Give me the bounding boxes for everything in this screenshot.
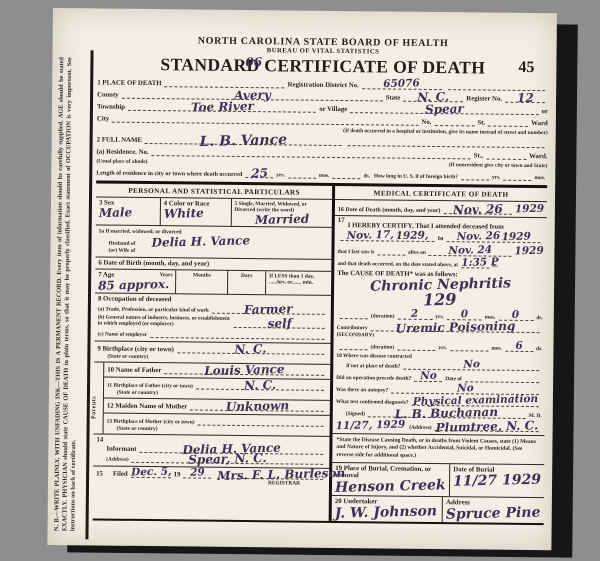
burial-date-cell: Date of Burial 11/27 1929 bbox=[449, 465, 544, 498]
birthplace-row: 9 Birthplace (city or town) N. C. (State… bbox=[94, 340, 330, 364]
filed-year-prefix: 19 bbox=[174, 471, 181, 478]
dotted-line bbox=[504, 172, 532, 181]
dotted-line bbox=[465, 373, 539, 383]
duration-ds-label: ds. bbox=[536, 315, 543, 321]
dotted-line bbox=[197, 416, 323, 426]
attended-from-field: Nov. 17, 1929, bbox=[341, 232, 435, 242]
last-saw-value: Nov. 24 bbox=[448, 244, 492, 256]
death-time-field: 1:35 P bbox=[461, 259, 489, 268]
spouse-row: 5a If married, widowed, or divorced Husb… bbox=[95, 224, 331, 258]
registrar-field: Mrs. F. L. Burleson bbox=[217, 469, 323, 479]
filed-row: 15 Filed Dec. 5, 19 29 Mrs. F. L. Burles… bbox=[93, 465, 329, 489]
dotted-line bbox=[397, 341, 435, 350]
dob-label: 6 Date of Birth (month, day, and year) bbox=[98, 259, 209, 267]
abode-note: (Usual place of abode) bbox=[96, 158, 147, 165]
sex-race-marital-row: 3 Sex Male 4 Color or Race White 5 Singl… bbox=[96, 196, 332, 226]
operation-line: Did an operation precede death? No Date … bbox=[336, 371, 542, 382]
undertaker-cell: 20 Undertaker J. W. Johnson bbox=[332, 496, 443, 522]
township-value: Toe River bbox=[191, 100, 254, 114]
where-contracted-label2: if not at place of death? bbox=[346, 363, 400, 370]
length-label: Length of residence in city or town wher… bbox=[96, 170, 242, 178]
attended-from-year: 1929, bbox=[396, 230, 429, 241]
dotted-line bbox=[488, 118, 528, 127]
last-saw-year: 1929 bbox=[514, 246, 543, 257]
sex-cell: 3 Sex Male bbox=[96, 197, 160, 225]
age-less-label: If LESS than 1 day, ......hrs. or.......… bbox=[269, 273, 328, 286]
dotted-line bbox=[348, 137, 545, 148]
date-of-label: Date of bbox=[445, 376, 462, 382]
informant-address-value: Spear, N. C. bbox=[188, 452, 267, 466]
state-label: State bbox=[386, 94, 401, 101]
signed-label: (Signed) bbox=[346, 411, 365, 417]
dotted-line bbox=[448, 81, 546, 91]
dotted-line bbox=[340, 310, 368, 319]
occupation-a-label: (a) Trade, Profession, or particular kin… bbox=[98, 306, 209, 313]
burial-place-cell: 19 Place of Burial, Cremation, or remova… bbox=[332, 463, 449, 496]
yrs2-label: yrs. bbox=[492, 175, 501, 181]
test-label: What test confirmed diagnosis? bbox=[336, 398, 409, 405]
father-value: Louis Vance bbox=[204, 363, 285, 377]
operation-value: No bbox=[420, 370, 437, 381]
occupation-b-label: (b) General nature of industry, business… bbox=[98, 314, 232, 327]
mother-field: Unknown bbox=[190, 401, 324, 411]
marital-cell: 5 Single, Married, Widowed, or Divorced … bbox=[230, 199, 332, 227]
marital-value: Married bbox=[234, 212, 329, 226]
father-label: 10 Name of Father bbox=[107, 367, 161, 375]
dotted-line bbox=[486, 151, 526, 160]
spacer bbox=[100, 122, 341, 134]
mother-birthplace-sub-label: (State or country) bbox=[117, 425, 158, 431]
place-of-death-row: 1 PLACE OF DEATH Registration District N… bbox=[97, 77, 548, 91]
occupation-row: 8 Occupation of deceased (a) Trade, Prof… bbox=[95, 292, 332, 342]
sign-address-field: Plumtree, N. C. bbox=[435, 422, 539, 432]
informant-row: 14 Informant Delia H. Vance (Address) Sp… bbox=[93, 433, 329, 467]
father-field: Louis Vance bbox=[164, 365, 324, 376]
informant-address-field: Spear, N. C. bbox=[132, 454, 324, 465]
operation-field: No bbox=[414, 372, 442, 381]
where-contracted-label: 18 Where was disease contracted bbox=[336, 352, 412, 359]
dotted-line bbox=[461, 171, 489, 180]
date-of-death-label: 16 Date of Death (month, day, and year) bbox=[338, 206, 441, 213]
last-saw-line: that I last saw h alive on Nov. 24 1929 bbox=[337, 244, 543, 257]
mother-value: Unknown bbox=[225, 399, 289, 413]
filed-label: Filed bbox=[113, 470, 128, 477]
duration-yrs-label: yrs. bbox=[435, 314, 444, 320]
attended-to-year: 1929 bbox=[501, 232, 530, 243]
occupation-c-label: (c) Name of employer bbox=[98, 331, 148, 338]
filed-date-field: Dec. 5, bbox=[131, 468, 171, 477]
sex-value: Male bbox=[99, 206, 133, 219]
father-birthplace-row: 11 Birthplace of Father (city or town) N… bbox=[104, 376, 330, 400]
occupation-c-line: (c) Name of employer bbox=[98, 328, 328, 339]
age-value: 85 approx. bbox=[98, 278, 169, 292]
parents-block: Parents 10 Name of Father Louis Vance bbox=[94, 361, 331, 435]
ward-label: Ward bbox=[531, 120, 548, 127]
date-of-death-field: Nov. 26 bbox=[443, 205, 511, 215]
occupation-b-value: self bbox=[267, 317, 291, 330]
duration-years-field: 2 bbox=[397, 310, 432, 319]
death-time-value: 1:35 P bbox=[461, 257, 499, 268]
where-contracted-line2: if not at place of death? No bbox=[336, 359, 542, 370]
age-days-label: Days bbox=[231, 273, 262, 279]
spouse-value: Delia H. Vance bbox=[151, 234, 250, 248]
date-of-death-year: 1929 bbox=[515, 204, 544, 215]
registration-district-value: 65076 bbox=[383, 78, 420, 89]
no-label: No. bbox=[421, 119, 431, 126]
residence-st-label: St., bbox=[474, 152, 484, 159]
cause-code-line: 129 bbox=[337, 290, 543, 308]
dotted-line bbox=[450, 342, 488, 351]
sign-date-line: 11/27, 1929 (Address) Plumtree, N. C. bbox=[336, 419, 542, 432]
duration-months-field: 0 bbox=[447, 311, 482, 320]
dotted-line bbox=[332, 170, 360, 179]
duration2-yrs-label: yrs. bbox=[438, 345, 447, 351]
spouse-husband-label: Husband of bbox=[109, 241, 136, 247]
duration-years-value: 2 bbox=[411, 308, 419, 319]
date-of-death-value: Nov. 26 bbox=[453, 202, 503, 215]
birthplace-field: N. C. bbox=[177, 344, 325, 355]
ds-label: ds. bbox=[363, 173, 370, 179]
filed-year-field: 29 bbox=[183, 469, 211, 478]
spacer bbox=[150, 156, 446, 168]
undertaker-row: 20 Undertaker J. W. Johnson Address Spru… bbox=[332, 495, 544, 523]
father-line: 10 Name of Father Louis Vance bbox=[107, 365, 327, 376]
nonresident-note: (If nonresident give city or town and St… bbox=[449, 162, 548, 169]
undertaker-address-value: Spruce Pine bbox=[446, 506, 541, 522]
signed-field: L. B. Buchanan bbox=[368, 408, 526, 419]
county-row: County Avery State N. C. Register No. 12 bbox=[97, 89, 548, 103]
dotted-line bbox=[288, 169, 316, 178]
city-label: City bbox=[97, 115, 110, 122]
informant-label: Informant bbox=[106, 446, 136, 453]
filed-year-value: 29 bbox=[190, 467, 205, 478]
age-less-cell: If LESS than 1 day, ......hrs. or.......… bbox=[265, 271, 331, 295]
spouse-wife-label: (or) Wife of bbox=[108, 248, 135, 254]
father-birthplace-value: N. C. bbox=[244, 378, 276, 391]
duration-months-value: 0 bbox=[461, 309, 469, 320]
personal-column: PERSONAL AND STATISTICAL PARTICULARS 3 S… bbox=[93, 183, 336, 521]
autopsy-label: Was there an autopsy? bbox=[336, 386, 388, 393]
age-months-cell: Months bbox=[175, 270, 227, 294]
length-field: 25 bbox=[245, 169, 273, 178]
age-days-cell: Days bbox=[227, 271, 265, 294]
undertaker-value: J. W. Johnson bbox=[335, 505, 438, 521]
duration2-line: (duration) yrs. mos. 6 ds. bbox=[336, 340, 542, 351]
register-no-field: 12 bbox=[505, 94, 545, 103]
two-column-area: PERSONAL AND STATISTICAL PARTICULARS 3 S… bbox=[93, 180, 548, 525]
residence-label: (a) Residence. No. bbox=[96, 148, 148, 156]
mother-label: 12 Maiden Name of Mother bbox=[107, 403, 187, 411]
length-value: 25 bbox=[251, 167, 268, 179]
age-months-label: Months bbox=[179, 272, 224, 278]
foreign-birth-label: How long in U. S. if of foreign birth? bbox=[374, 173, 458, 180]
certificate-content: 45 NORTH CAROLINA STATE BOARD OF HEALTH … bbox=[92, 14, 548, 544]
informant-number: 14 bbox=[96, 436, 103, 443]
full-name-label: 2 FULL NAME bbox=[97, 136, 142, 143]
full-name-field: L. B. Vance bbox=[145, 135, 342, 146]
parents-label: Parents bbox=[91, 396, 97, 419]
filed-number: 15 bbox=[96, 470, 103, 477]
certificate-title: STANDARD CERTIFICATE OF DEATH bbox=[97, 53, 548, 79]
last-saw-label2: alive on bbox=[408, 249, 426, 255]
mother-birthplace-line: 13 Birthplace of Mother (city or town) bbox=[107, 415, 327, 426]
village-value: Spear bbox=[425, 103, 464, 116]
yrs-label: yrs. bbox=[276, 172, 285, 178]
operation-label: Did an operation precede death? bbox=[336, 374, 411, 381]
attended-from-value: Nov. 17, bbox=[347, 230, 394, 242]
birthplace-sub-label: (State or country) bbox=[107, 353, 148, 359]
occupation-label: 8 Occupation of deceased bbox=[98, 295, 172, 303]
handwritten-district-code: 06 bbox=[245, 56, 262, 68]
sign-date-value: 11/27, 1929 bbox=[336, 419, 406, 431]
residence-ward-label: Ward. bbox=[529, 153, 547, 160]
to-label: to bbox=[438, 235, 444, 242]
village-field: Spear bbox=[350, 104, 538, 115]
birthplace-line: 9 Birthplace (city or town) N. C. bbox=[97, 343, 327, 354]
duration2-days-value: 6 bbox=[515, 340, 523, 351]
duration2-ds-label: ds. bbox=[536, 346, 543, 352]
occupation-a-line: (a) Trade, Profession, or particular kin… bbox=[98, 303, 328, 314]
dotted-line bbox=[150, 329, 325, 340]
mos2-label: mos. bbox=[535, 175, 546, 181]
occupation-a-value: Farmer bbox=[244, 303, 293, 316]
township-field: Toe River bbox=[128, 102, 316, 113]
hospital-note: (If death occurred in a hospital or inst… bbox=[343, 128, 548, 136]
dotted-line bbox=[339, 341, 367, 350]
full-name-value: L. B. Vance bbox=[199, 133, 287, 149]
cause-footnote: *State the Disease Causing Death, or in … bbox=[332, 433, 544, 465]
filed-line: 15 Filed Dec. 5, 19 29 Mrs. F. L. Burles… bbox=[96, 468, 326, 479]
death-occurred-line: and that death occurred, on the date sta… bbox=[337, 257, 543, 268]
register-no-value: 12 bbox=[517, 92, 534, 104]
occupation-b-field: self bbox=[234, 319, 325, 329]
parents-rows: 10 Name of Father Louis Vance 11 Birthpl… bbox=[104, 363, 331, 436]
burial-date-value: 11/27 1929 bbox=[453, 473, 541, 489]
full-name-row: 2 FULL NAME L. B. Vance bbox=[97, 134, 548, 148]
length-of-residence-row: Length of residence in city or town wher… bbox=[96, 167, 547, 181]
age-row: 7 Age Years 85 approx. Months Days If LE… bbox=[95, 268, 331, 294]
certificate-paper: N. B.—WRITE PLAINLY, WITH UNFADING INK—T… bbox=[47, 8, 557, 550]
certify-number: 17 bbox=[338, 217, 345, 224]
margin-instructions: N. B.—WRITE PLAINLY, WITH UNFADING INK—T… bbox=[47, 48, 88, 540]
undertaker-address-cell: Address Spruce Pine bbox=[442, 498, 544, 524]
st-label: St. bbox=[477, 119, 485, 126]
sign-address-label: (Address) bbox=[409, 425, 431, 431]
age-years-cell: 7 Age Years 85 approx. bbox=[95, 269, 175, 293]
registration-district-label: Registration District No. bbox=[288, 81, 359, 89]
father-birthplace-sub-label: (State or country) bbox=[117, 389, 158, 395]
secondary-label: (SECONDARY) bbox=[337, 331, 375, 337]
township-label: Township bbox=[97, 103, 125, 110]
sign-address-value: Plumtree, N. C. bbox=[435, 419, 538, 434]
father-birthplace-label: 11 Birthplace of Father (city or town) bbox=[107, 382, 193, 389]
burial-place-value: Henson Creek bbox=[335, 479, 446, 496]
signed-line: (Signed) L. B. Buchanan M. D. bbox=[336, 407, 542, 418]
margin-instructions-text: N. B.—WRITE PLAINLY, WITH UNFADING INK—T… bbox=[53, 57, 82, 531]
scanned-death-certificate: N. B.—WRITE PLAINLY, WITH UNFADING INK—T… bbox=[0, 0, 600, 561]
duration2-mos-label: mos. bbox=[491, 345, 502, 351]
mos-label: mos. bbox=[319, 173, 330, 179]
signed-value: L. B. Buchanan bbox=[395, 405, 498, 420]
register-no-label: Register No. bbox=[466, 95, 502, 102]
last-saw-field: Nov. 24 bbox=[429, 246, 511, 256]
occupation-a-field: Farmer bbox=[212, 305, 325, 315]
duration2-label: (duration) bbox=[370, 344, 394, 350]
birthplace-label: 9 Birthplace (city or town) bbox=[97, 345, 174, 353]
cause-code-value: 129 bbox=[423, 291, 457, 308]
or-label: or bbox=[541, 108, 547, 115]
attended-dates-line: Nov. 17, 1929, to Nov. 26 1929 bbox=[338, 232, 544, 243]
burial-row: 19 Place of Burial, Cremation, or remova… bbox=[332, 462, 544, 497]
place-of-death-label: 1 PLACE OF DEATH bbox=[97, 79, 161, 87]
informant-address-line: (Address) Spear, N. C. bbox=[96, 453, 326, 464]
father-birthplace-field: N. C. bbox=[196, 380, 324, 390]
last-saw-label: that I last saw h bbox=[337, 248, 374, 254]
mother-line: 12 Maiden Name of Mother Unknown bbox=[107, 401, 327, 412]
informant-address-label: (Address) bbox=[106, 457, 128, 463]
contributory-label: Contributory bbox=[337, 324, 368, 330]
attended-to-field: Nov. 26 1929 bbox=[446, 233, 540, 243]
duration2-days-field: 6 bbox=[505, 342, 533, 351]
registration-district-field: 65076 bbox=[362, 80, 442, 90]
certify-block: 17 I HEREBY CERTIFY, That I attended dec… bbox=[333, 215, 547, 435]
contributory-field: Uremic Poisoning bbox=[371, 322, 540, 333]
mother-birthplace-label: 13 Birthplace of Mother (city or town) bbox=[107, 418, 195, 425]
birthplace-value: N. C. bbox=[235, 342, 267, 355]
certificate-number: 45 bbox=[518, 59, 534, 77]
occupation-b-line: (b) General nature of industry, business… bbox=[98, 314, 328, 328]
contributory-value: Uremic Poisoning bbox=[395, 319, 515, 334]
race-cell: 4 Color or Race White bbox=[159, 198, 230, 226]
father-birthplace-line: 11 Birthplace of Father (city or town) N… bbox=[107, 379, 327, 390]
medical-column: MEDICAL CERTIFICATE OF DEATH 16 Date of … bbox=[332, 186, 547, 524]
date-of-death-line: 16 Date of Death (month, day, and year) … bbox=[338, 202, 544, 215]
death-occurred-label: and that death occurred, on the date sta… bbox=[337, 260, 458, 267]
dotted-line bbox=[434, 117, 474, 126]
autopsy-value: No bbox=[457, 383, 474, 394]
filed-date-value: Dec. 5, bbox=[131, 466, 172, 477]
test-line: What test confirmed diagnosis? Physical … bbox=[336, 395, 542, 406]
where-contracted-value: No bbox=[463, 359, 480, 370]
mother-birthplace-row: 13 Birthplace of Mother (city or town) (… bbox=[104, 412, 330, 436]
dotted-line bbox=[377, 246, 405, 255]
township-row: Township Toe River or Village Spear or bbox=[97, 101, 548, 115]
duration-label: (duration) bbox=[371, 313, 395, 319]
attended-to-value: Nov. 26 bbox=[456, 231, 500, 243]
race-value: White bbox=[163, 207, 203, 220]
county-label: County bbox=[97, 91, 119, 98]
village-label: or Village bbox=[319, 106, 347, 113]
registrar-value: Mrs. F. L. Burleson bbox=[217, 466, 345, 481]
